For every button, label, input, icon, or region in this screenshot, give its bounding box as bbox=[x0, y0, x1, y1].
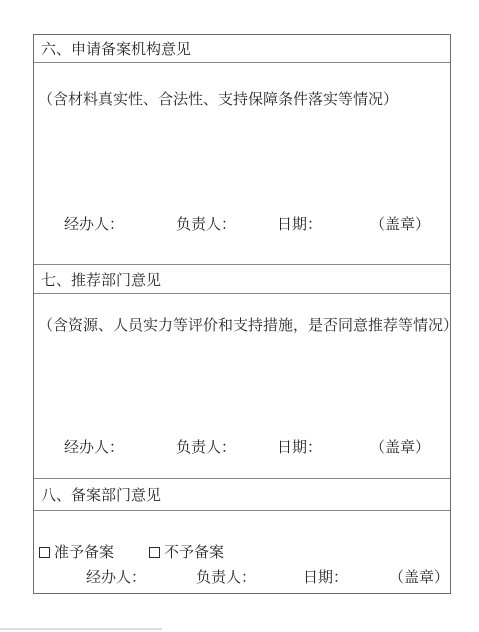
section6-content-cell: （含材料真实性、合法性、支持保障条件落实等情况） 经办人： 负责人： 日期： （… bbox=[34, 63, 450, 265]
section7-manager-label: 负责人： bbox=[176, 438, 236, 458]
reject-checkbox-icon[interactable] bbox=[149, 547, 160, 558]
section7-content-cell: （含资源、人员实力等评价和支持措施，是否同意推荐等情况） 经办人： 负责人： 日… bbox=[34, 294, 450, 479]
approve-checkbox-icon[interactable] bbox=[39, 547, 50, 558]
page-break-line bbox=[0, 628, 162, 630]
section8-decision-options: 准予备案 不予备案 bbox=[34, 543, 450, 563]
section6-header-row: 六、申请备案机构意见 bbox=[34, 35, 450, 63]
section7-hint: （含资源、人员实力等评价和支持措施，是否同意推荐等情况） bbox=[38, 316, 458, 337]
section8-title: 八、备案部门意见 bbox=[41, 484, 161, 505]
section8-manager-label: 负责人： bbox=[196, 568, 256, 588]
option-reject-filing[interactable]: 不予备案 bbox=[149, 543, 224, 563]
option-approve-label: 准予备案 bbox=[54, 545, 114, 561]
section8-agent-label: 经办人： bbox=[86, 568, 146, 588]
section6-manager-label: 负责人： bbox=[176, 215, 236, 235]
section8-date-label: 日期： bbox=[303, 568, 348, 588]
section7-title: 七、推荐部门意见 bbox=[41, 269, 161, 290]
section7-seal-label: （盖章） bbox=[370, 438, 430, 458]
section7-agent-label: 经办人： bbox=[64, 438, 124, 458]
section6-agent-label: 经办人： bbox=[64, 215, 124, 235]
document-page: 六、申请备案机构意见 （含材料真实性、合法性、支持保障条件落实等情况） 经办人：… bbox=[0, 0, 479, 632]
section8-content-cell: 准予备案 不予备案 经办人： 负责人： 日期： （盖章） bbox=[34, 511, 450, 593]
section6-hint: （含材料真实性、合法性、支持保障条件落实等情况） bbox=[38, 90, 398, 111]
section8-seal-label: （盖章） bbox=[389, 568, 449, 588]
approval-form-table: 六、申请备案机构意见 （含材料真实性、合法性、支持保障条件落实等情况） 经办人：… bbox=[33, 34, 451, 594]
section8-header-row: 八、备案部门意见 bbox=[34, 479, 450, 511]
option-reject-label: 不予备案 bbox=[164, 545, 224, 561]
section8-signature-line: 经办人： 负责人： 日期： （盖章） bbox=[34, 568, 450, 588]
section7-signature-line: 经办人： 负责人： 日期： （盖章） bbox=[34, 438, 450, 458]
section6-seal-label: （盖章） bbox=[370, 215, 430, 235]
section6-date-label: 日期： bbox=[277, 215, 322, 235]
section6-signature-line: 经办人： 负责人： 日期： （盖章） bbox=[34, 215, 450, 235]
section7-header-row: 七、推荐部门意见 bbox=[34, 265, 450, 294]
option-approve-filing[interactable]: 准予备案 bbox=[39, 543, 114, 563]
section6-title: 六、申请备案机构意见 bbox=[41, 38, 191, 59]
section7-date-label: 日期： bbox=[277, 438, 322, 458]
